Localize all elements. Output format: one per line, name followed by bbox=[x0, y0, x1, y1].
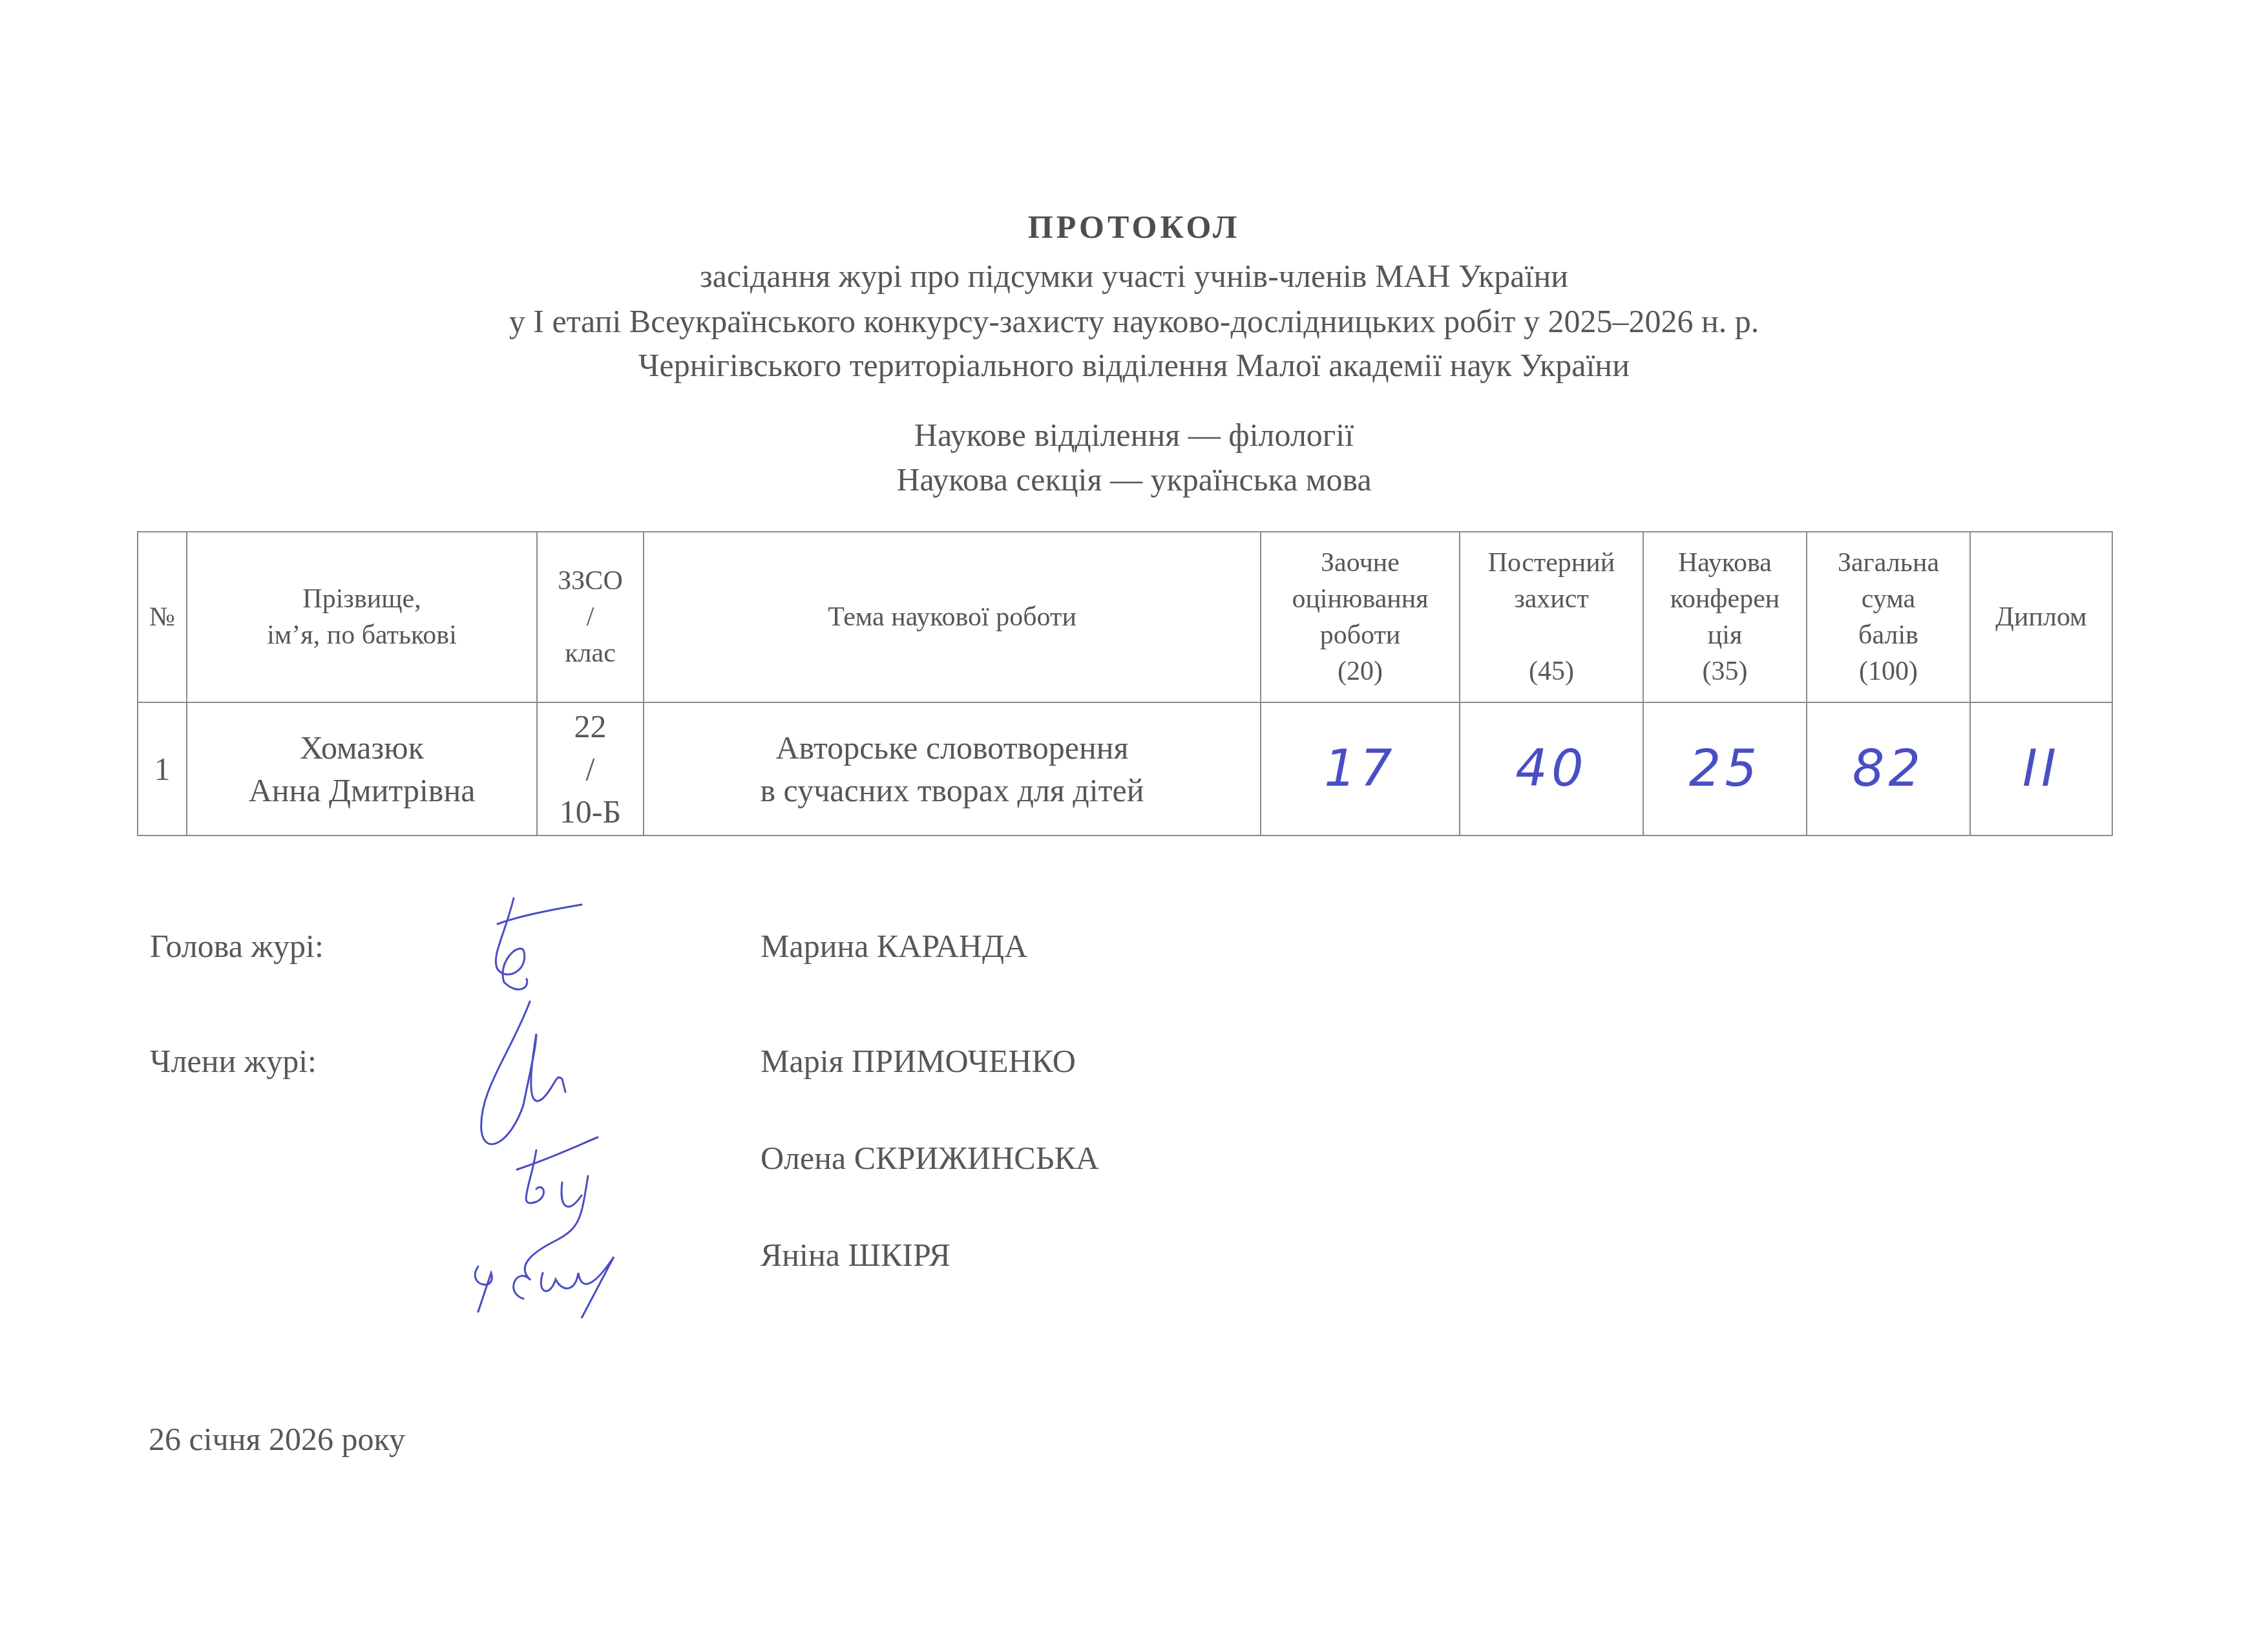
col-name-header: Прізвище,ім’я, по батькові bbox=[187, 532, 537, 702]
col-number-header: № bbox=[138, 532, 187, 702]
col-diploma-header: Диплом bbox=[1970, 532, 2112, 702]
poster-score: 40 bbox=[1460, 702, 1643, 835]
signatures-image bbox=[452, 879, 724, 1318]
research-topic: Авторське словотворенняв сучасних творах… bbox=[644, 702, 1261, 835]
document-date: 26 січня 2026 року bbox=[149, 1420, 405, 1458]
jury-member-1: Марія ПРИМОЧЕНКО bbox=[761, 1042, 1076, 1080]
table-header-row: № Прізвище,ім’я, по батькові ЗЗСО/клас Т… bbox=[138, 532, 2112, 702]
col-topic-header: Тема наукової роботи bbox=[644, 532, 1261, 702]
col-poster-header: Постернийзахист (45) bbox=[1460, 532, 1643, 702]
col-correspondence-header: Заочнеоцінюванняроботи(20) bbox=[1261, 532, 1460, 702]
col-conference-header: Науковаконференція(35) bbox=[1643, 532, 1807, 702]
department-line: Наукове відділення — філології bbox=[0, 412, 2268, 457]
subtitle-line-2: у I етапі Всеукраїнського конкурсу-захис… bbox=[0, 299, 2268, 344]
col-school-class-header: ЗЗСО/клас bbox=[537, 532, 644, 702]
jury-chair-label: Голова журі: bbox=[150, 927, 324, 965]
jury-members-label: Члени журі: bbox=[150, 1042, 317, 1080]
col-total-header: Загальнасумабалів(100) bbox=[1807, 532, 1970, 702]
member-1-signature bbox=[481, 1002, 565, 1144]
document-title: ПРОТОКОЛ bbox=[0, 208, 2268, 246]
total-score: 82 bbox=[1807, 702, 1970, 835]
row-number: 1 bbox=[138, 702, 187, 835]
section-line: Наукова секція — українська мова bbox=[0, 457, 2268, 502]
diploma-degree: ІІ bbox=[1970, 702, 2112, 835]
conference-score: 25 bbox=[1643, 702, 1807, 835]
jury-member-2: Олена СКРИЖИНСЬКА bbox=[761, 1139, 1099, 1177]
member-3-signature bbox=[475, 1257, 614, 1318]
chair-signature bbox=[496, 898, 582, 989]
subtitle-line-1: засідання журі про підсумки участі учнів… bbox=[0, 253, 2268, 299]
jury-member-3: Яніна ШКІРЯ bbox=[761, 1236, 950, 1274]
school-class: 22/10-Б bbox=[537, 702, 644, 835]
table-row: 1 ХомазюкАнна Дмитрівна 22/10-Б Авторськ… bbox=[138, 702, 2112, 835]
results-table: № Прізвище,ім’я, по батькові ЗЗСО/клас Т… bbox=[137, 531, 2113, 836]
member-2-signature bbox=[517, 1137, 598, 1279]
jury-chair-name: Марина КАРАНДА bbox=[761, 927, 1027, 965]
participant-name: ХомазюкАнна Дмитрівна bbox=[187, 702, 537, 835]
correspondence-score: 17 bbox=[1261, 702, 1460, 835]
subtitle-line-3: Чернігівського територіального відділенн… bbox=[0, 342, 2268, 388]
